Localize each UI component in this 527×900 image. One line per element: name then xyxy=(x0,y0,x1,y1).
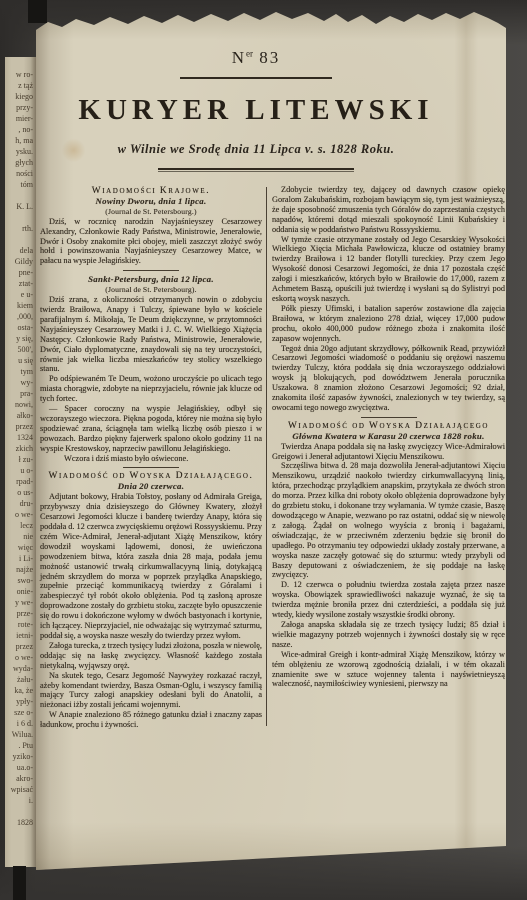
cutoff-text-fragment: dru- xyxy=(5,498,33,509)
issue-number: Ner 83 xyxy=(48,48,464,68)
paragraph: Szczęśliwa bitwa d. 28 maja dozwoliła Je… xyxy=(272,461,505,580)
cutoff-text-fragment: ietni- xyxy=(5,630,33,641)
article-dateline: Sankt-Petersburg, dnia 12 lipca. xyxy=(40,275,262,285)
newspaper-page: Ner 83 KURYER LITEWSKI w Wilnie we Srodę… xyxy=(36,0,506,884)
cutoff-text-fragment: prze- xyxy=(5,608,33,619)
cutoff-text-fragment: przez xyxy=(5,641,33,652)
cutoff-text-fragment: dela xyxy=(5,245,33,256)
cutoff-text-fragment: rth. xyxy=(5,223,33,234)
cutoff-text-fragment: i Li- xyxy=(5,553,33,564)
cutoff-text-fragment: o we- xyxy=(5,652,33,663)
cutoff-text-fragment: więc xyxy=(5,542,33,553)
article-columns: Wiadomości Krajowe.Nowiny Dworu, dnia 1 … xyxy=(36,172,506,730)
cutoff-text-fragment: sze o- xyxy=(5,707,33,718)
cutoff-text-fragment xyxy=(5,190,33,201)
cutoff-text-fragment: Gildy xyxy=(5,256,33,267)
section-divider xyxy=(361,417,417,418)
cutoff-text-fragment: wyda- xyxy=(5,663,33,674)
paragraph: W Anapie znaleziono 85 różnego gatunku d… xyxy=(40,710,262,730)
paragraph: Dziś zrana, z okoliczności otrzymanych n… xyxy=(40,295,262,374)
cutoff-text-fragment: ności xyxy=(5,168,33,179)
cutoff-text-fragment: K. L. xyxy=(5,201,33,212)
cutoff-text-fragment: Wilua. xyxy=(5,729,33,740)
cutoff-text-fragment: przez xyxy=(5,421,33,432)
cutoff-text-fragment: żału- xyxy=(5,674,33,685)
cutoff-text-fragment: rote- xyxy=(5,619,33,630)
source-note: (Journal de St. Petersbourg.) xyxy=(40,207,262,217)
cutoff-text-fragment: ka, że xyxy=(5,685,33,696)
paragraph: Twierdza Anapa poddała się na łaskę zwyc… xyxy=(272,442,505,462)
cutoff-text-fragment: pne- xyxy=(5,267,33,278)
cutoff-text-fragment: w ro- xyxy=(5,69,33,80)
right-column: Zdobycie twierdzy tey, dającey od dawnyc… xyxy=(272,185,505,689)
cutoff-text-fragment: . Ptu xyxy=(5,740,33,751)
masthead: Ner 83 KURYER LITEWSKI w Wilnie we Srodę… xyxy=(36,0,506,172)
cutoff-text-fragment: zkich xyxy=(5,443,33,454)
cutoff-text-fragment: nie xyxy=(5,531,33,542)
adjacent-page-edge: w ro-z tążkiegoprzy-mier-, no-h, maysku.… xyxy=(5,57,36,867)
paragraph: Załoga anapska składała się ze trzech ty… xyxy=(272,620,505,650)
cutoff-text-fragment: pra- xyxy=(5,388,33,399)
cutoff-text-fragment: ysku. xyxy=(5,146,33,157)
cutoff-text-fragment: yziko- xyxy=(5,751,33,762)
paragraph: W tymże czasie otrzymane zostały od Jego… xyxy=(272,235,505,304)
cutoff-text-fragment: 1828 xyxy=(5,817,33,828)
cutoff-text-fragment xyxy=(5,234,33,245)
cutoff-text-fragment: nowi, xyxy=(5,399,33,410)
cutoff-text-fragment: o us- xyxy=(5,487,33,498)
cutoff-text-fragment: 500', xyxy=(5,344,33,355)
cutoff-text-fragment: i. xyxy=(5,795,33,806)
cutoff-text-fragment: swo- xyxy=(5,575,33,586)
cutoff-text-fragment: ,000, xyxy=(5,311,33,322)
cutoff-text-fragment: najże xyxy=(5,564,33,575)
cutoff-text-fragment: przy- xyxy=(5,102,33,113)
paragraph-centered: Wczora i dziś miasto było oświecone. xyxy=(40,454,262,464)
cutoff-text-fragment: osta- xyxy=(5,322,33,333)
cutoff-text-fragment: ałko- xyxy=(5,410,33,421)
cutoff-text-fragment: tóm xyxy=(5,179,33,190)
paragraph: Półk pieszy Ufimski, i batalion saperów … xyxy=(272,304,505,344)
left-column: Wiadomości Krajowe.Nowiny Dworu, dnia 1 … xyxy=(40,185,262,730)
cutoff-text-fragment: h, ma xyxy=(5,135,33,146)
issue-number-value: 83 xyxy=(259,48,280,67)
paragraph: — Spacer coroczny na wyspie Jełagińskiey… xyxy=(40,404,262,454)
cutoff-text-fragment: mier- xyxy=(5,113,33,124)
issue-number-superscript: er xyxy=(246,48,253,58)
cutoff-text-fragment: 1324 xyxy=(5,432,33,443)
cutoff-text-fragment: kiego xyxy=(5,91,33,102)
cutoff-text-fragment: ł zu- xyxy=(5,454,33,465)
cutoff-text-fragment: wy- xyxy=(5,377,33,388)
paragraph: Tegoż dnia 20go adjutant skrzydłowy, pół… xyxy=(272,344,505,413)
cutoff-text-fragment: tym xyxy=(5,366,33,377)
cutoff-text-fragment: kiem xyxy=(5,300,33,311)
cutoff-text-fragment: lecz xyxy=(5,520,33,531)
cutoff-text-fragment: głych xyxy=(5,157,33,168)
cutoff-text-fragment xyxy=(5,212,33,223)
cutoff-text-fragment: , no- xyxy=(5,124,33,135)
cutoff-text-fragment: i 6 d. xyxy=(5,718,33,729)
cutoff-text-fragment: akro- xyxy=(5,773,33,784)
cutoff-text-fragment: u się xyxy=(5,355,33,366)
cutoff-text-fragment: e u- xyxy=(5,289,33,300)
column-divider xyxy=(266,187,267,726)
mounting-clamp-top xyxy=(28,0,47,23)
cutoff-text-fragment: y we- xyxy=(5,597,33,608)
cutoff-text-fragment: o we- xyxy=(5,509,33,520)
paragraph: Adjutant bokowy, Hrabia Tołstoy, posłany… xyxy=(40,492,262,641)
paragraph: Po odśpiewaném Te Deum, wożono uroczyści… xyxy=(40,374,262,404)
article-dateline: Nowiny Dworu, dnia 1 lipca. xyxy=(40,197,262,207)
section-divider xyxy=(123,467,179,468)
cutoff-text-fragment: rpad- xyxy=(5,476,33,487)
cutoff-text-fragment xyxy=(5,806,33,817)
paragraph: Załoga turecka, z trzech tysięcy ludzi z… xyxy=(40,641,262,671)
masthead-rule-top xyxy=(180,77,332,79)
masthead-dateline: w Wilnie we Srodę dnia 11 Lipca v. s. 18… xyxy=(48,142,464,157)
cutoff-text-fragment: z tąż xyxy=(5,80,33,91)
article-dateline: Główna Kwatera w Karasu 20 czerwca 1828 … xyxy=(272,432,505,442)
cutoff-text-fragment: ztat- xyxy=(5,278,33,289)
paragraph: Na skutek tego, Cesarz Jegomość Naywyżey… xyxy=(40,671,262,711)
paragraph: Wice-admirał Greigh i kontr-admirał Xiąż… xyxy=(272,650,505,690)
paragraph: Zdobycie twierdzy tey, dającey od dawnyc… xyxy=(272,185,505,235)
cutoff-text-fragment: onie- xyxy=(5,586,33,597)
paragraph: Dziś, w rocznicę narodzin Nayjaśnieyszey… xyxy=(40,217,262,267)
cutoff-text-fragment: wpisać xyxy=(5,784,33,795)
section-divider xyxy=(123,270,179,271)
paragraph: D. 12 czerwca o południu twierdza został… xyxy=(272,580,505,620)
issue-number-prefix: N xyxy=(232,48,246,67)
cutoff-text-fragment: y się, xyxy=(5,333,33,344)
mounting-clamp-bottom xyxy=(13,866,26,900)
cutoff-text-fragment: ua.o- xyxy=(5,762,33,773)
cutoff-text-fragment: u o- xyxy=(5,465,33,476)
newspaper-title: KURYER LITEWSKI xyxy=(48,94,464,127)
cutoff-text-fragment: ypły- xyxy=(5,696,33,707)
source-note: (Journal de St. Petersbourg). xyxy=(40,285,262,295)
article-dateline: Dnia 20 czerwca. xyxy=(40,482,262,492)
